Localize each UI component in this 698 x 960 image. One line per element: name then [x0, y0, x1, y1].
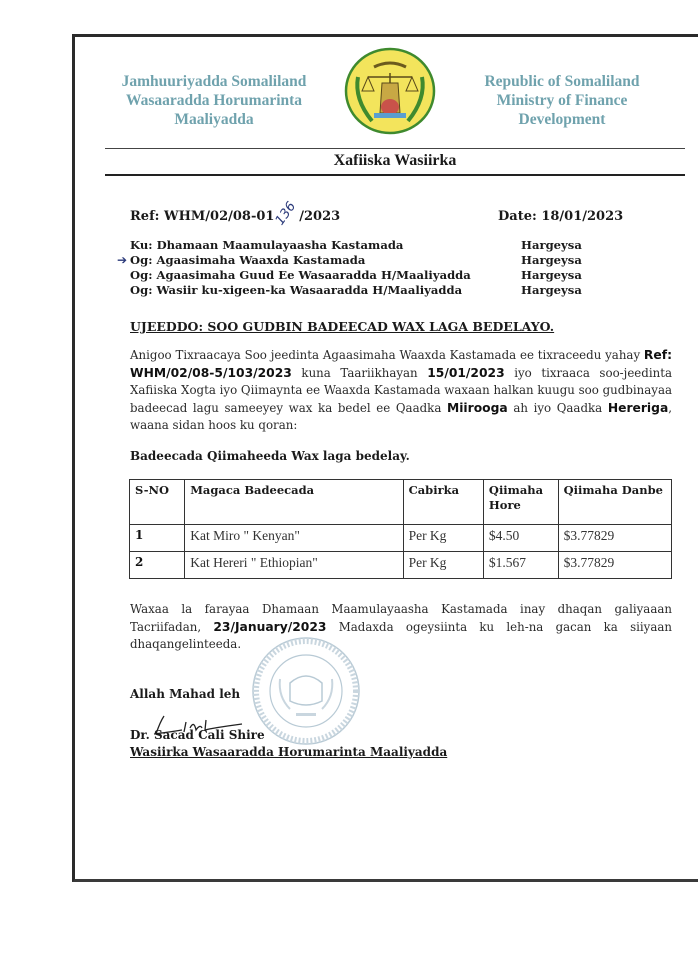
- recipient-name: Wasiir ku-xigeen-ka Wasaaradda H/Maaliya…: [157, 283, 463, 297]
- table-cell: Per Kg: [403, 552, 483, 579]
- date-bold: 23/January/2023: [213, 620, 326, 634]
- recipient-city: Hargeysa: [521, 268, 582, 282]
- recipient-city: Hargeysa: [521, 238, 582, 252]
- table-cell: $3.77829: [558, 525, 671, 552]
- recipient-name: Dhamaan Maamulayaasha Kastamada: [157, 238, 404, 252]
- column-header: S-NO: [130, 480, 185, 525]
- letterhead-english: Republic of Somaliland Ministry of Finan…: [452, 72, 672, 129]
- recipient-row: ➔Og: Agaasimaha Waaxda KastamadaHargeysa: [130, 253, 600, 268]
- table-cell: Per Kg: [403, 525, 483, 552]
- table-cell: $1.567: [483, 552, 558, 579]
- price-table: S-NO Magaca Badeecada Cabirka Qiimaha Ho…: [129, 479, 672, 579]
- recipient-prefix: Og:: [130, 268, 153, 282]
- letterhead-line: Jamhuuriyadda Somaliland: [104, 72, 324, 91]
- table-cell: $3.77829: [558, 552, 671, 579]
- letterhead-line: Development: [452, 110, 672, 129]
- recipient-city: Hargeysa: [521, 253, 582, 267]
- column-header: Magaca Badeecada: [185, 480, 403, 525]
- recipients-list: Ku: Dhamaan Maamulayaasha KastamadaHarge…: [130, 238, 600, 298]
- ref-value: WHM/02/08-01: [164, 209, 274, 224]
- ref-suffix: /2023: [299, 209, 340, 224]
- date-bold: 15/01/2023: [427, 366, 504, 380]
- recipient-prefix: Ku:: [130, 238, 153, 252]
- signatory-name: Dr. Sacad Cali Shire: [130, 728, 265, 742]
- recipient-row: Og: Agaasimaha Guud Ee Wasaaradda H/Maal…: [130, 268, 600, 283]
- column-header: Qiimaha Hore: [483, 480, 558, 525]
- table-row: 2 Kat Hereri " Ethiopian" Per Kg $1.567 …: [130, 552, 672, 579]
- recipient-prefix: Og:: [130, 283, 153, 297]
- ref-label: Ref:: [130, 209, 159, 224]
- text: kuna Taariikhayan: [292, 366, 427, 380]
- recipient-name: Agaasimaha Waaxda Kastamada: [157, 253, 366, 267]
- signatory-title: Wasiirka Wasaaradda Horumarinta Maaliyad…: [130, 745, 447, 759]
- table-cell: $4.50: [483, 525, 558, 552]
- document-date: Date: 18/01/2023: [498, 209, 623, 224]
- handwritten-arrow-icon: ➔: [117, 253, 127, 267]
- official-stamp-icon: [250, 635, 362, 747]
- table-cell: 1: [130, 525, 185, 552]
- recipient-row: Ku: Dhamaan Maamulayaasha KastamadaHarge…: [130, 238, 600, 253]
- table-cell: Kat Miro " Kenyan": [185, 525, 403, 552]
- header-divider: [105, 174, 685, 176]
- subject-line: UJEEDDO: SOO GUDBIN BADEECAD WAX LAGA BE…: [130, 319, 554, 334]
- date-value: 18/01/2023: [541, 209, 623, 224]
- text: ah iyo Qaadka: [508, 401, 608, 415]
- table-row: 1 Kat Miro " Kenyan" Per Kg $4.50 $3.778…: [130, 525, 672, 552]
- letterhead-line: Maaliyadda: [104, 110, 324, 129]
- letterhead-somali: Jamhuuriyadda Somaliland Wasaaradda Horu…: [104, 72, 324, 129]
- office-name: Xafiiska Wasiirka: [105, 152, 685, 170]
- recipient-row: Og: Wasiir ku-xigeen-ka Wasaaradda H/Maa…: [130, 283, 600, 298]
- somaliland-coat-of-arms-icon: [344, 47, 436, 135]
- date-label: Date:: [498, 209, 537, 224]
- reference-number: Ref: WHM/02/08-01136/2023: [130, 209, 340, 224]
- table-title: Badeecada Qiimaheeda Wax laga bedelay.: [130, 449, 410, 463]
- table-cell: Kat Hereri " Ethiopian": [185, 552, 403, 579]
- product-bold: Hereriga: [608, 401, 668, 415]
- body-paragraph-1: Anigoo Tixraacaya Soo jeedinta Agaasimah…: [130, 347, 672, 435]
- letterhead-line: Republic of Somaliland: [452, 72, 672, 91]
- recipient-prefix: Og:: [130, 253, 153, 267]
- header-divider: [105, 148, 685, 149]
- column-header: Qiimaha Danbe: [558, 480, 671, 525]
- table-cell: 2: [130, 552, 185, 579]
- recipient-name: Agaasimaha Guud Ee Wasaaradda H/Maaliyad…: [157, 268, 471, 282]
- body-paragraph-2: Waxaa la farayaa Dhamaan Maamulayaasha K…: [130, 601, 672, 654]
- column-header: Cabirka: [403, 480, 483, 525]
- closing-line: Allah Mahad leh: [130, 687, 240, 701]
- letterhead-line: Wasaaradda Horumarinta: [104, 91, 324, 110]
- product-bold: Miirooga: [447, 401, 508, 415]
- table-header-row: S-NO Magaca Badeecada Cabirka Qiimaha Ho…: [130, 480, 672, 525]
- recipient-city: Hargeysa: [521, 283, 582, 297]
- text: Anigoo Tixraacaya Soo jeedinta Agaasimah…: [130, 348, 644, 362]
- letterhead-line: Ministry of Finance: [452, 91, 672, 110]
